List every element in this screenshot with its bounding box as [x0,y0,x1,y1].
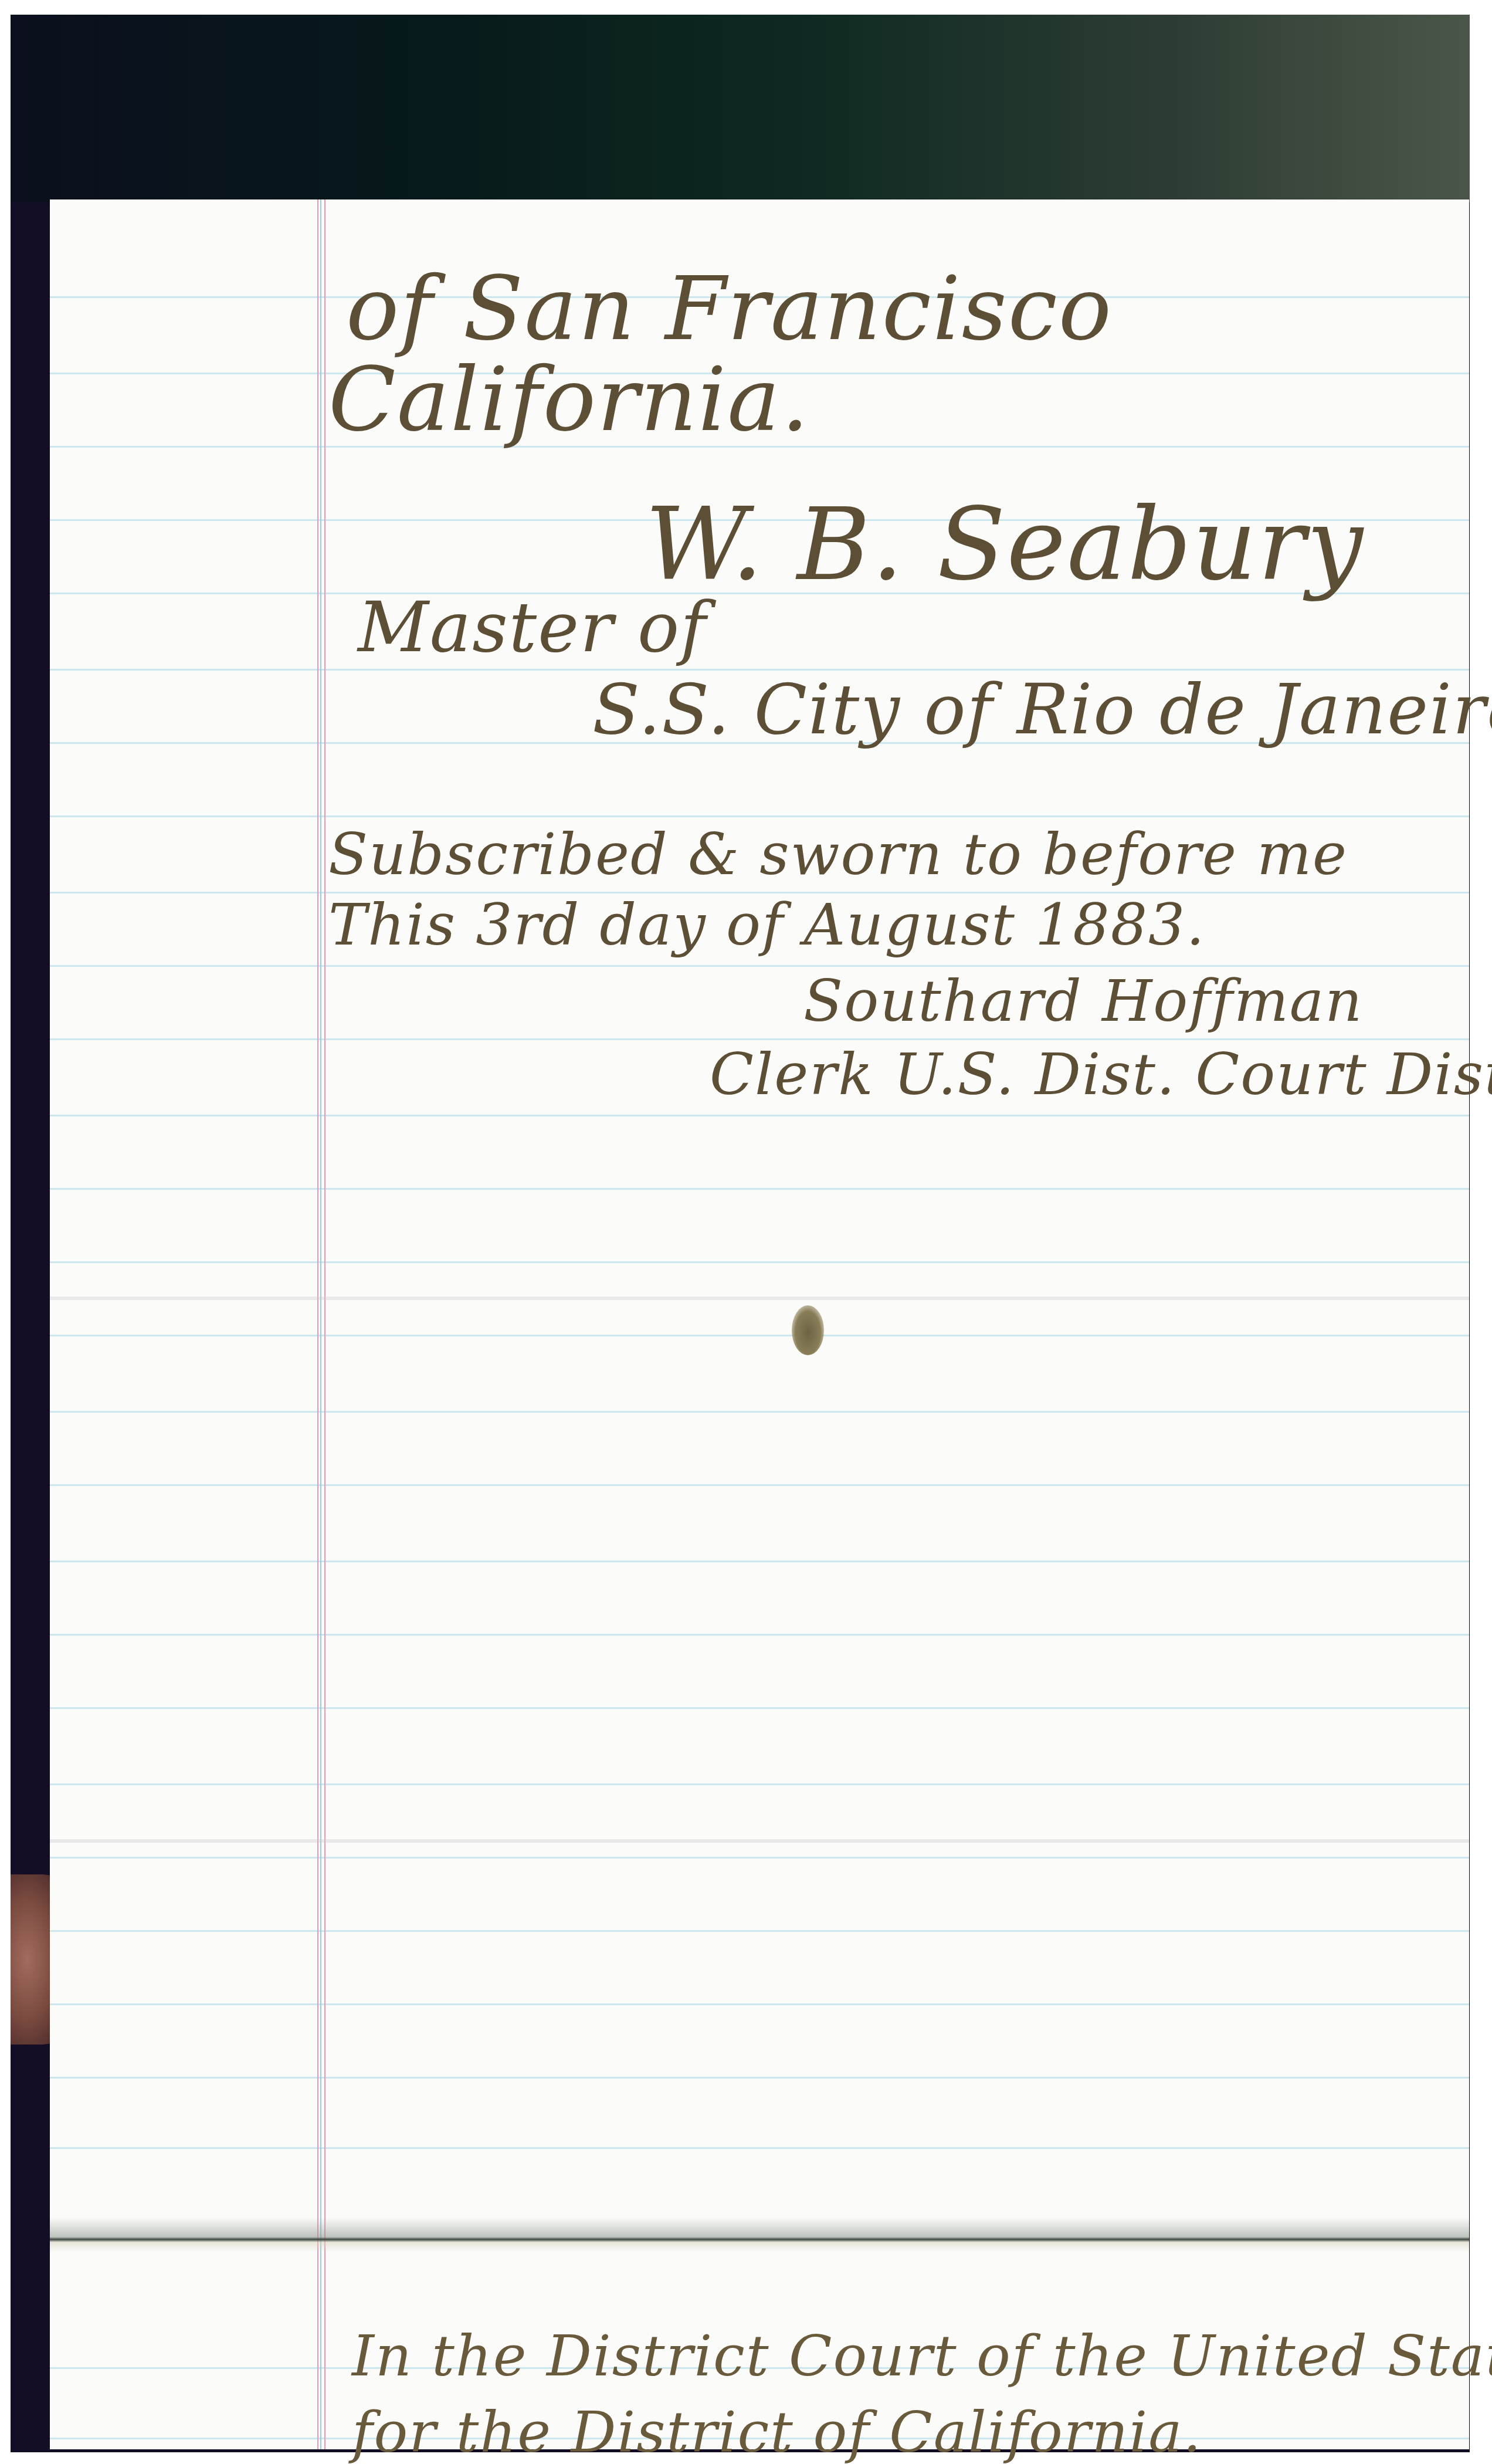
margin-line-red [324,199,325,2449]
rule-line [50,1707,1469,1709]
master-signature: W. B. Seabury [645,487,1364,603]
rule-line [50,2077,1469,2079]
rule-line [50,2147,1469,2149]
rule-line [50,1783,1469,1785]
fold-crease-dark [50,2218,1469,2253]
binding-hole [792,1305,824,1355]
margin-line-red [317,199,318,2449]
jurat-line-1: Subscribed & sworn to before me [328,821,1348,888]
clerk-signature: Southard Hoffman [803,968,1363,1035]
rule-line [50,1038,1469,1040]
rule-line [50,1561,1469,1562]
jurat-line-2: This 3rd day of August 1883. [328,892,1206,959]
rule-line [50,965,1469,967]
rule-line [50,1115,1469,1116]
fold-crease [50,1839,1469,1843]
rule-line [50,1411,1469,1413]
master-title: Master of [358,587,707,668]
clerk-title: Clerk U.S. Dist. Court Dist. Cal. [710,1041,1492,1108]
rule-line [50,815,1469,817]
vessel-name: S.S. City of Rio de Janeiro [592,669,1492,750]
fold-crease [50,1297,1469,1300]
rule-line [50,1261,1469,1263]
rule-line [50,1634,1469,1636]
endorsement-line-2: for the District of California. [352,2399,1202,2464]
header-line-2: California. [328,349,810,451]
rule-line [50,1188,1469,1190]
header-line-1: of San Francisco [346,258,1113,360]
rule-line [50,1335,1469,1336]
scanner-lid-shadow [11,15,1470,202]
rule-line [50,2003,1469,2005]
rule-line [50,1857,1469,1859]
margin-line-blue [320,199,321,2449]
endorsement-line-1: In the District Court of the United Stat… [352,2323,1492,2389]
rule-line [50,1930,1469,1932]
rule-line [50,1484,1469,1486]
